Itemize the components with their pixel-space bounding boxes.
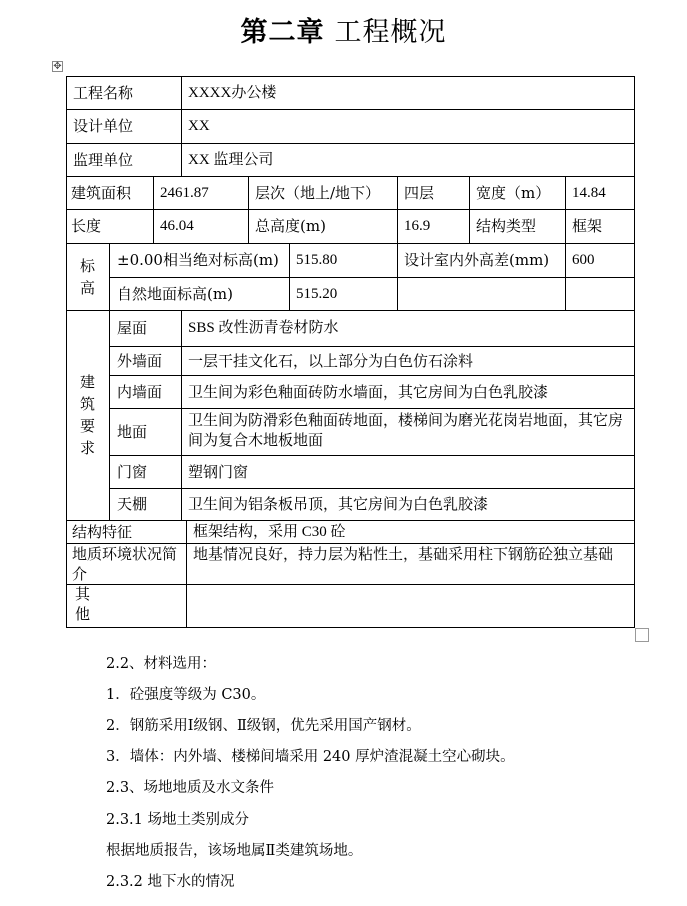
geology-label: 地质环境状况简介 (66, 543, 186, 584)
floors-label: 层次（地上/地下） (248, 176, 397, 209)
width-value: 14.84 (565, 176, 634, 209)
building-area-label: 建筑面积 (66, 176, 153, 209)
architecture-row-value: 卫生间为防滑彩色釉面砖地面，楼梯间为磨光花岗岩地面，其它房间为复合木地板地面 (181, 408, 634, 455)
architecture-row-label: 天棚 (109, 488, 181, 520)
section-heading-2-3-2: 2.3.2 地下水的情况 (106, 872, 235, 892)
list-item: 1．砼强度等级为 C30。 (106, 685, 265, 705)
design-unit-label: 设计单位 (66, 109, 181, 143)
structure-feature-label: 结构特征 (66, 520, 186, 543)
architecture-row-label: 内墙面 (109, 375, 181, 408)
section-heading-2-2: 2.2、材料选用： (106, 654, 216, 674)
supervision-unit-value: XX 监理公司 (181, 143, 634, 176)
architecture-row-value: 一层干挂文化石，以上部分为白色仿石涂料 (181, 346, 634, 375)
architecture-row-value: SBS 改性沥青卷材防水 (181, 310, 634, 346)
chapter-name: 工程概况 (335, 17, 447, 48)
elevation-group-label: 标高 (66, 243, 109, 310)
building-area-value: 2461.87 (153, 176, 248, 209)
width-label: 宽度（m） (469, 176, 565, 209)
empty-cell (565, 277, 634, 310)
architecture-group-label: 建筑要求 (66, 310, 109, 520)
indoor-outdoor-diff-label: 设计室内外高差(mm) (397, 243, 565, 277)
structure-type-value: 框架 (565, 209, 634, 243)
list-item: 2．钢筋采用Ⅰ级钢、Ⅱ级钢，优先采用国产钢材。 (106, 716, 421, 736)
total-height-value: 16.9 (397, 209, 469, 243)
empty-cell (397, 277, 565, 310)
architecture-row-label: 屋面 (109, 310, 181, 346)
length-label: 长度 (66, 209, 153, 243)
list-item: 3．墙体：内外墙、楼梯间墙采用 240 厚炉渣混凝土空心砌块。 (106, 747, 515, 767)
indoor-outdoor-diff-value: 600 (565, 243, 634, 277)
design-unit-value: XX (181, 109, 634, 143)
chapter-title: 第二章工程概况 (0, 10, 687, 49)
architecture-row-label: 门窗 (109, 455, 181, 488)
length-value: 46.04 (153, 209, 248, 243)
project-name-label: 工程名称 (66, 76, 181, 109)
table-move-handle-icon[interactable]: ✥ (52, 61, 63, 72)
architecture-row-value: 卫生间为铝条板吊顶，其它房间为白色乳胶漆 (181, 488, 634, 520)
paragraph: 根据地质报告，该场地属Ⅱ类建筑场地。 (106, 841, 362, 861)
absolute-elevation-value: 515.80 (289, 243, 397, 277)
chapter-number: 第二章 (241, 17, 325, 48)
section-heading-2-3: 2.3、场地地质及水文条件 (106, 778, 274, 798)
section-heading-2-3-1: 2.3.1 场地土类别成分 (106, 810, 249, 830)
other-value (186, 584, 634, 627)
structure-type-label: 结构类型 (469, 209, 565, 243)
floors-value: 四层 (397, 176, 469, 209)
supervision-unit-label: 监理单位 (66, 143, 181, 176)
geology-value: 地基情况良好，持力层为粘性土，基础采用柱下钢筋砼独立基础 (186, 543, 634, 584)
absolute-elevation-label: ±0.00相当绝对标高(m) (109, 243, 289, 277)
architecture-row-value: 塑钢门窗 (181, 455, 634, 488)
total-height-label: 总高度(m) (248, 209, 397, 243)
other-label: 其他 (66, 584, 96, 627)
architecture-row-value: 卫生间为彩色釉面砖防水墙面，其它房间为白色乳胶漆 (181, 375, 634, 408)
natural-ground-label: 自然地面标高(m) (109, 277, 289, 310)
table-resize-handle[interactable] (635, 628, 649, 642)
architecture-row-label: 地面 (109, 408, 181, 455)
natural-ground-value: 515.20 (289, 277, 397, 310)
structure-feature-value: 框架结构，采用 C30 砼 (186, 520, 634, 543)
project-name-value: XXXX办公楼 (181, 76, 634, 109)
architecture-row-label: 外墙面 (109, 346, 181, 375)
